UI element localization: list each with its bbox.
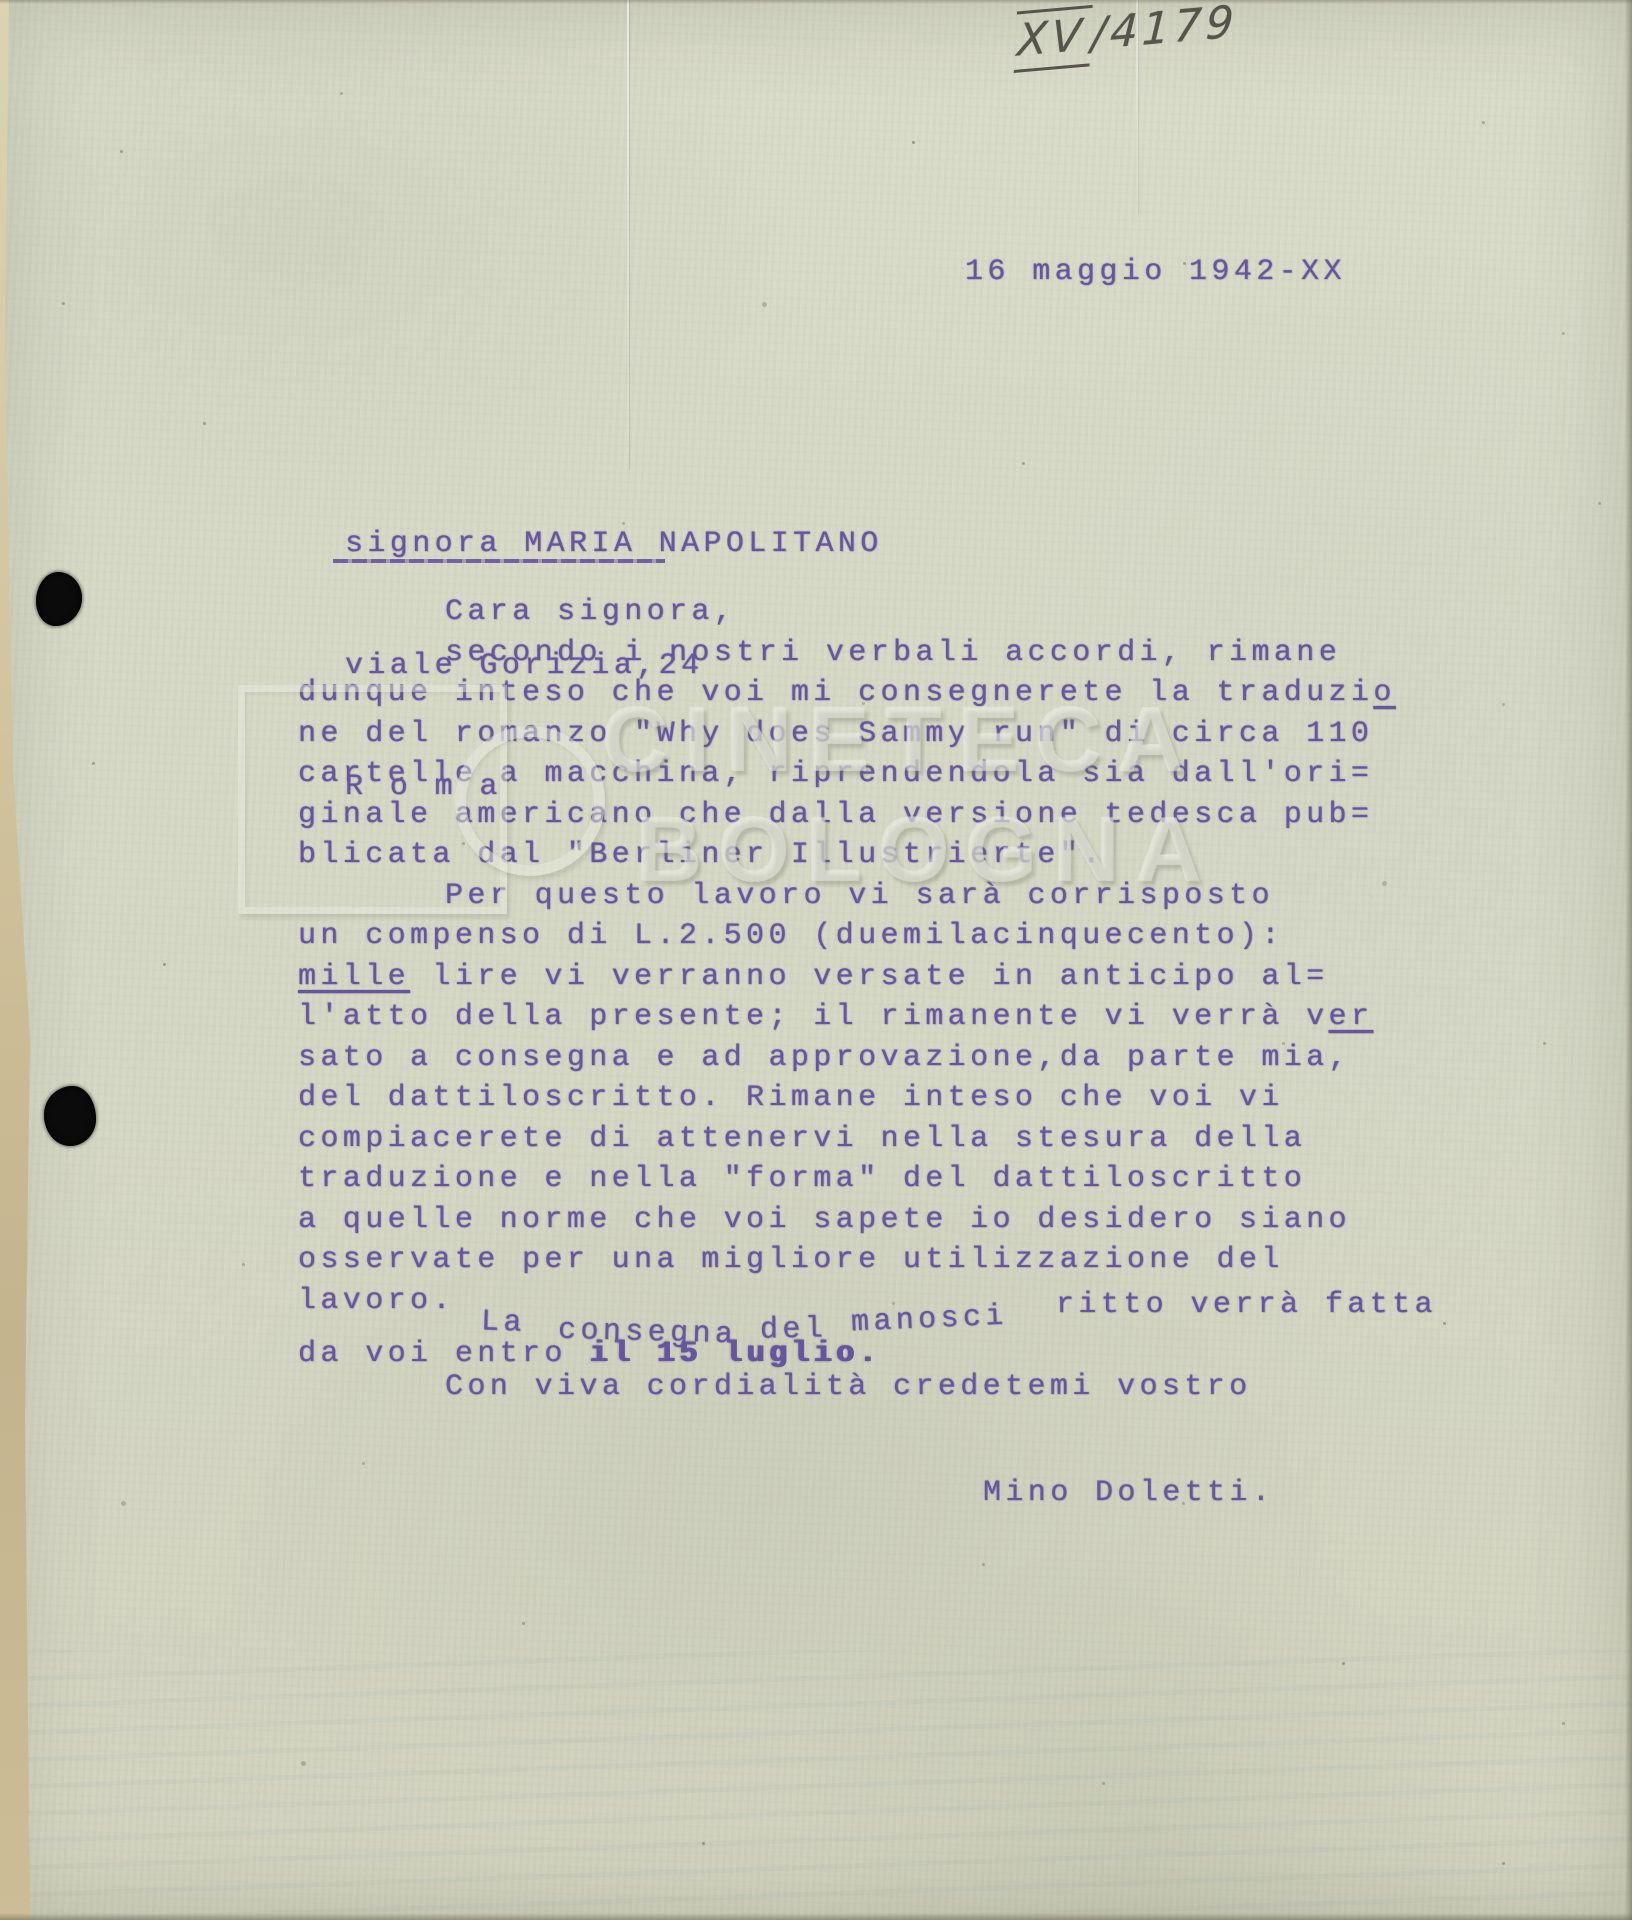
- typed-line: blicata dal "Berliner Illustrierte".: [298, 835, 1396, 876]
- archival-code-annotation: XV/4179: [1014, 0, 1239, 67]
- typed-line: secondo i nostri verbali accordi, rimane: [298, 633, 1396, 674]
- typed-line: compiacerete di attenervi nella stesura …: [298, 1119, 1396, 1160]
- typed-line: dunque inteso che voi mi consegnerete la…: [298, 673, 1396, 714]
- punch-hole-top: [36, 572, 82, 626]
- page-right-edge-shadow: [1625, 0, 1632, 1920]
- letter-body: Cara signora,secondo i nostri verbali ac…: [298, 592, 1396, 1321]
- typed-line: ginale americano che dalla versione tede…: [298, 795, 1396, 836]
- underlying-page-edge: [0, 0, 30, 1920]
- typed-line: Per questo lavoro vi sarà corrisposto: [298, 876, 1396, 917]
- deadline-prefix: da voi entro: [298, 1337, 589, 1371]
- signature: Mino Doletti.: [983, 1473, 1274, 1514]
- paper-fiber-streaks: [0, 1650, 1632, 1920]
- vertical-fold-crease: [627, 0, 629, 470]
- typed-line: ne del romanzo "Why does Sammy run" di c…: [298, 714, 1396, 755]
- correction-raised-text: ritto verrà fatta: [1056, 1285, 1437, 1326]
- roman-numeral: XV: [1014, 5, 1093, 73]
- typed-line: l'atto della presente; il rimanente vi v…: [298, 997, 1396, 1038]
- typed-line: a quelle norme che voi sapete io desider…: [298, 1200, 1396, 1241]
- letter-scan-page: XV/4179 16 maggio 1942-XX signora MARIA …: [0, 0, 1632, 1920]
- typed-line: osservate per una migliore utilizzazione…: [298, 1240, 1396, 1281]
- typed-line: Cara signora,: [298, 592, 1396, 633]
- deadline-overstrike: il 15 luglio.: [589, 1337, 880, 1371]
- typed-line: mille lire vi verranno versate in antici…: [298, 957, 1396, 998]
- typed-line: traduzione e nella "forma" del dattilosc…: [298, 1159, 1396, 1200]
- typed-line: del dattiloscritto. Rimane inteso che vo…: [298, 1078, 1396, 1119]
- city-underline: [333, 559, 665, 563]
- typed-line: cartelle a macchina, riprendendola sia d…: [298, 754, 1396, 795]
- closing-line: Con viva cordialità credetemi vostro: [445, 1367, 1252, 1408]
- punch-hole-bottom: [44, 1086, 96, 1146]
- typed-line: sato a consegna e ad approvazione,da par…: [298, 1038, 1396, 1079]
- typed-line: un compenso di L.2.500 (duemilacinquecen…: [298, 916, 1396, 957]
- date-line: 16 maggio 1942-XX: [965, 252, 1346, 293]
- page-top-edge-shadow: [0, 0, 1632, 4]
- page-bottom-edge-shadow: [0, 1913, 1632, 1920]
- archival-number: /4179: [1090, 0, 1239, 60]
